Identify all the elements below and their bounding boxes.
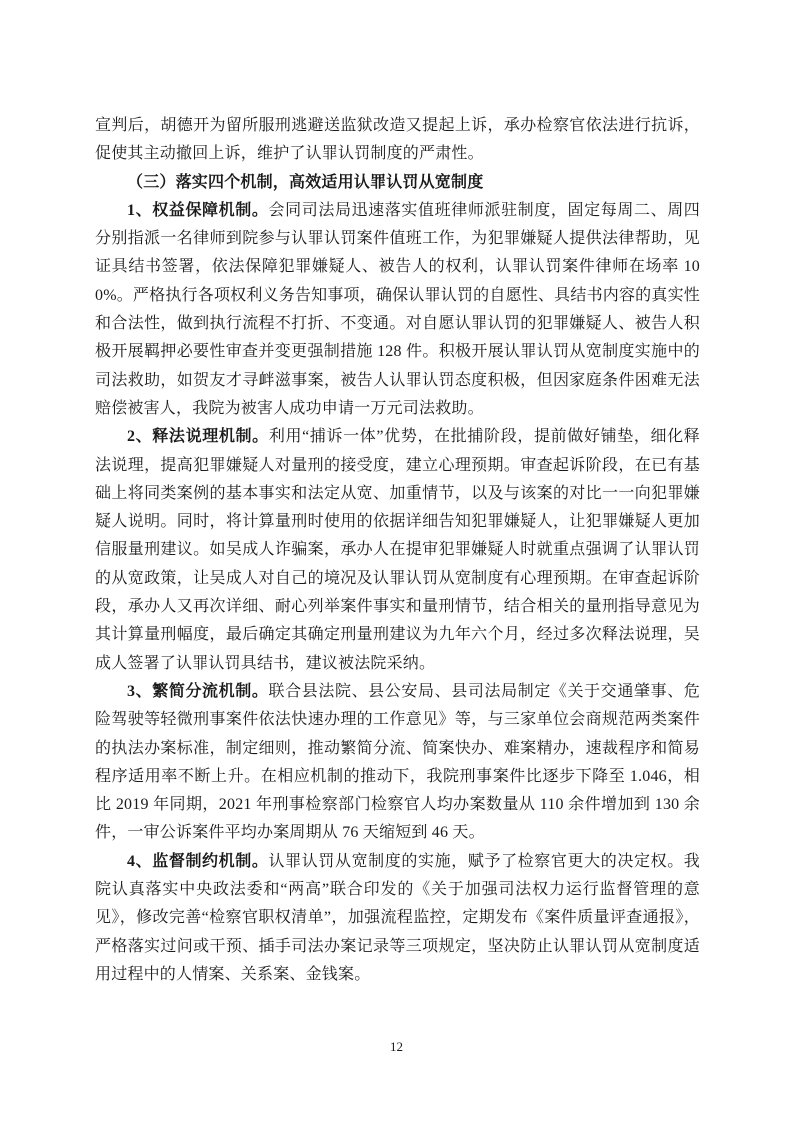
paragraph-text: 会同司法局迅速落实值班律师派驻制度，固定每周二、周四分别指派一名律师到院参与认罪…: [95, 202, 700, 417]
paragraph-lead: 4、监督制约机制。: [127, 853, 269, 870]
section-heading: （三）落实四个机制，高效适用认罪认罚从宽制度: [95, 169, 700, 197]
page-body: 宣判后，胡德开为留所服刑逃避送监狱改造又提起上诉，承办检察官依法进行抗诉，促使其…: [95, 112, 700, 989]
paragraph-continuation: 宣判后，胡德开为留所服刑逃避送监狱改造又提起上诉，承办检察官依法进行抗诉，促使其…: [95, 112, 700, 169]
page-footer: 12: [0, 1038, 793, 1056]
paragraph-text: 认罪认罚从宽制度的实施，赋予了检察官更大的决定权。我院认真落实中央政法委和“两高…: [95, 853, 700, 983]
paragraph-text: 联合县法院、县公安局、县司法局制定《关于交通肇事、危险驾驶等轻微刑事案件依法快速…: [95, 683, 700, 841]
paragraph-text: 宣判后，胡德开为留所服刑逃避送监狱改造又提起上诉，承办检察官依法进行抗诉，促使其…: [95, 117, 700, 162]
paragraph-case-triage-mechanism: 3、繁简分流机制。联合县法院、县公安局、县司法局制定《关于交通肇事、危险驾驶等轻…: [95, 678, 700, 848]
paragraph-text: 利用“捕诉一体”优势，在批捕阶段，提前做好铺垫，细化释法说理，提高犯罪嫌疑人对量…: [95, 428, 700, 671]
page-number: 12: [390, 1039, 403, 1054]
paragraph-lead: 2、释法说理机制。: [127, 428, 269, 445]
paragraph-lead: 3、繁简分流机制。: [127, 683, 269, 700]
document-page: 宣判后，胡德开为留所服刑逃避送监狱改造又提起上诉，承办检察官依法进行抗诉，促使其…: [0, 0, 793, 1122]
paragraph-rights-protection-mechanism: 1、权益保障机制。会同司法局迅速落实值班律师派驻制度，固定每周二、周四分别指派一…: [95, 197, 700, 423]
paragraph-supervision-mechanism: 4、监督制约机制。认罪认罚从宽制度的实施，赋予了检察官更大的决定权。我院认真落实…: [95, 848, 700, 989]
section-heading-text: （三）落实四个机制，高效适用认罪认罚从宽制度: [127, 174, 483, 191]
paragraph-legal-explanation-mechanism: 2、释法说理机制。利用“捕诉一体”优势，在批捕阶段，提前做好铺垫，细化释法说理，…: [95, 423, 700, 678]
paragraph-lead: 1、权益保障机制。: [127, 202, 269, 219]
